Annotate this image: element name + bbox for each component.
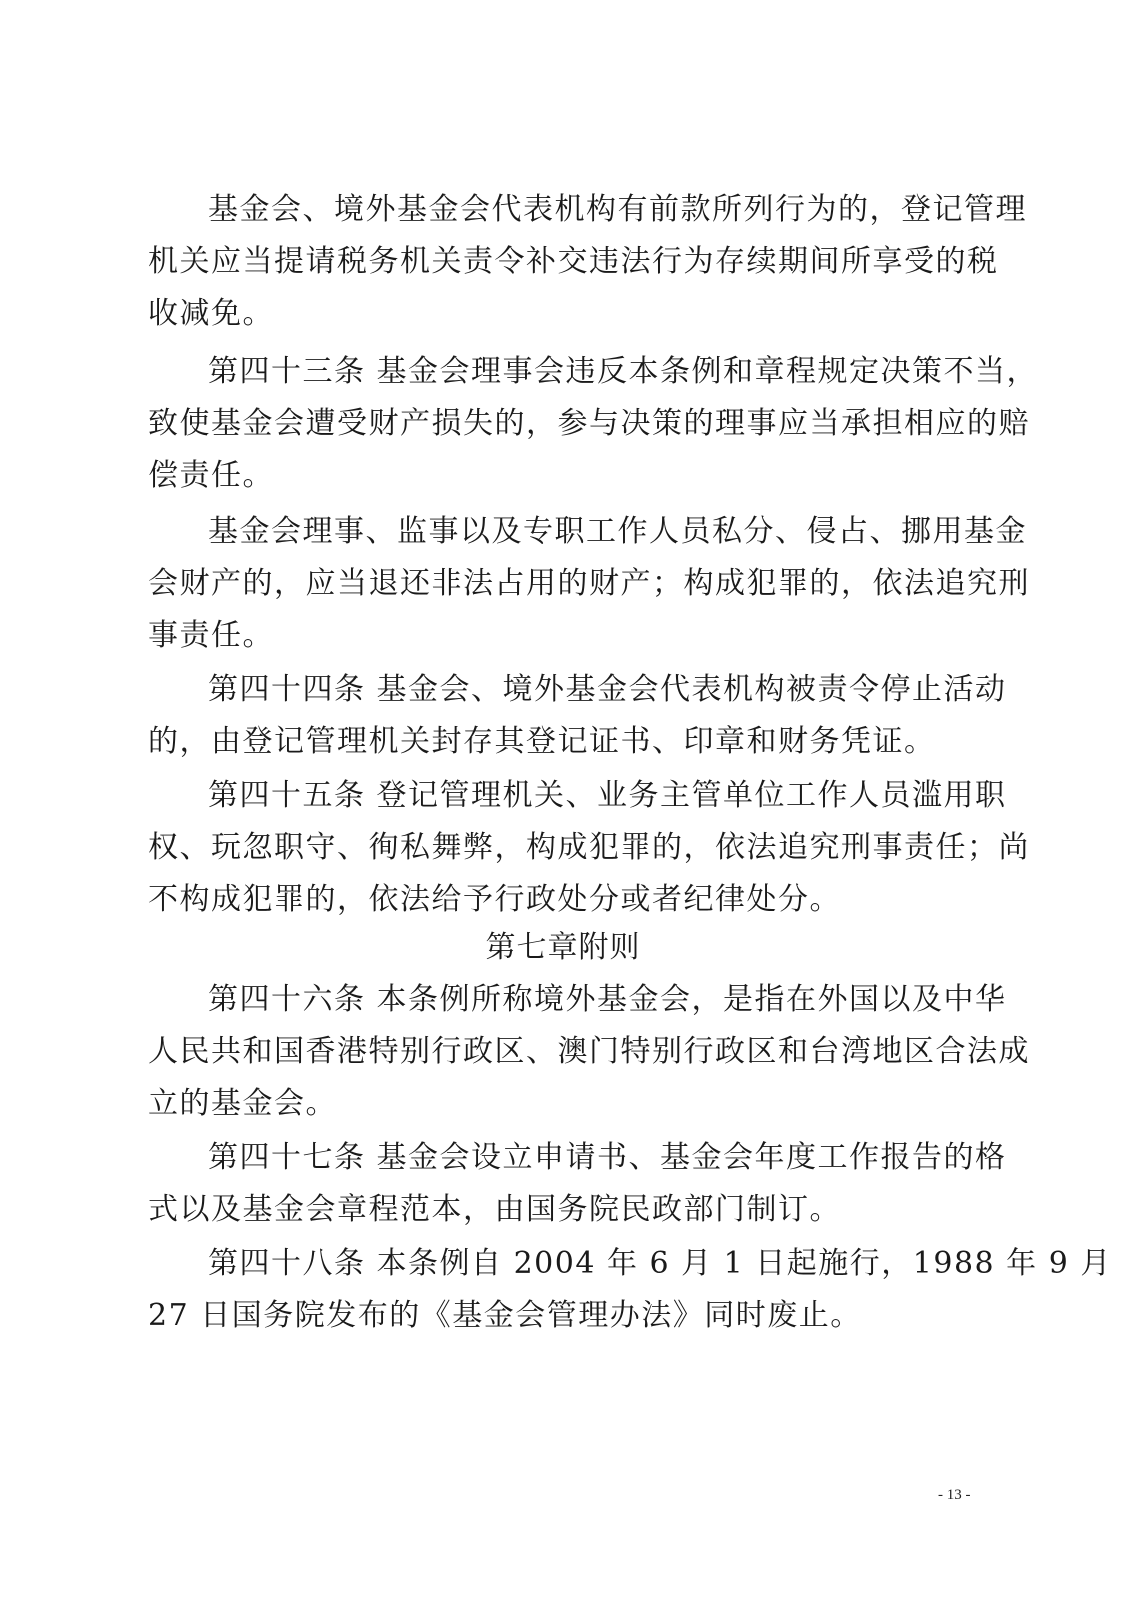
- article-44-line-2: 的，由登记管理机关封存其登记证书、印章和财务凭证。: [148, 722, 936, 762]
- paragraph-3-line-2: 会财产的，应当退还非法占用的财产；构成犯罪的，依法追究刑: [148, 564, 1030, 604]
- article-43-line-1: 第四十三条 基金会理事会违反本条例和章程规定决策不当，: [208, 352, 1038, 392]
- article-43-line-3: 偿责任。: [148, 456, 274, 496]
- page-number: - 13 -: [938, 1487, 971, 1504]
- article-46-line-2: 人民共和国香港特别行政区、澳门特别行政区和台湾地区合法成: [148, 1032, 1030, 1072]
- article-43-line-2: 致使基金会遭受财产损失的，参与决策的理事应当承担相应的赔: [148, 404, 1030, 444]
- article-48-line-2: 27 日国务院发布的《基金会管理办法》同时废止。: [148, 1296, 862, 1336]
- article-44-line-1: 第四十四条 基金会、境外基金会代表机构被责令停止活动: [208, 670, 1007, 710]
- article-45-line-3: 不构成犯罪的，依法给予行政处分或者纪律处分。: [148, 880, 841, 920]
- paragraph-1-line-2: 机关应当提请税务机关责令补交违法行为存续期间所享受的税: [148, 242, 999, 282]
- chapter-heading: 第七章附则: [148, 928, 978, 968]
- article-45-line-1: 第四十五条 登记管理机关、业务主管单位工作人员滥用职: [208, 776, 1007, 816]
- article-46-line-3: 立的基金会。: [148, 1084, 337, 1124]
- article-47-line-1: 第四十七条 基金会设立申请书、基金会年度工作报告的格: [208, 1138, 1007, 1178]
- paragraph-1-line-1: 基金会、境外基金会代表机构有前款所列行为的，登记管理: [208, 190, 1027, 230]
- article-46-line-1: 第四十六条 本条例所称境外基金会，是指在外国以及中华: [208, 980, 1007, 1020]
- article-48-line-1: 第四十八条 本条例自 2004 年 6 月 1 日起施行，1988 年 9 月: [208, 1244, 1112, 1284]
- article-45-line-2: 权、玩忽职守、徇私舞弊，构成犯罪的，依法追究刑事责任；尚: [148, 828, 1030, 868]
- paragraph-1-line-3: 收减免。: [148, 294, 274, 334]
- paragraph-3-line-3: 事责任。: [148, 616, 274, 656]
- article-47-line-2: 式以及基金会章程范本，由国务院民政部门制订。: [148, 1190, 841, 1230]
- paragraph-3-line-1: 基金会理事、监事以及专职工作人员私分、侵占、挪用基金: [208, 512, 1027, 552]
